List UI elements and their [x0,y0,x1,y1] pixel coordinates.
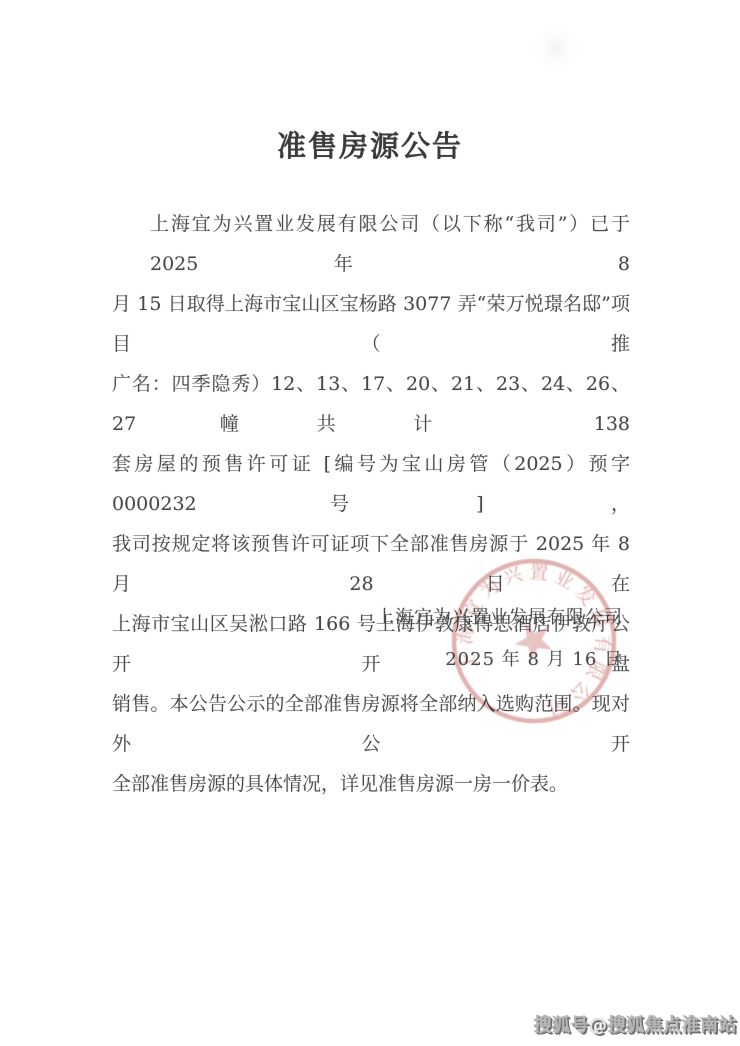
body-line: 上海宜为兴置业发展有限公司（以下称“我司”）已于 2025 年 8 [112,204,630,284]
body-line: 月 15 日取得上海市宝山区宝杨路 3077 弄“荣万悦璟名邸”项目（推 [112,284,630,364]
body-line: 全部准售房源的具体情况，详见准售房源一房一价表。 [112,764,630,804]
document-title: 准售房源公告 [0,124,740,165]
watermark-text: 搜狐号@搜狐焦点淮南站 [534,1011,738,1037]
seal-star [508,614,559,664]
document-page: 准售房源公告 上海宜为兴置业发展有限公司（以下称“我司”）已于 2025 年 8… [0,0,740,1046]
body-line: 套房屋的预售许可证 [编号为宝山房管（2025）预字 0000232 号]， [112,444,630,524]
scan-smudge [546,40,566,56]
body-line: 广名：四季隐秀）12、13、17、20、21、23、24、26、27 幢共计 1… [112,364,630,444]
